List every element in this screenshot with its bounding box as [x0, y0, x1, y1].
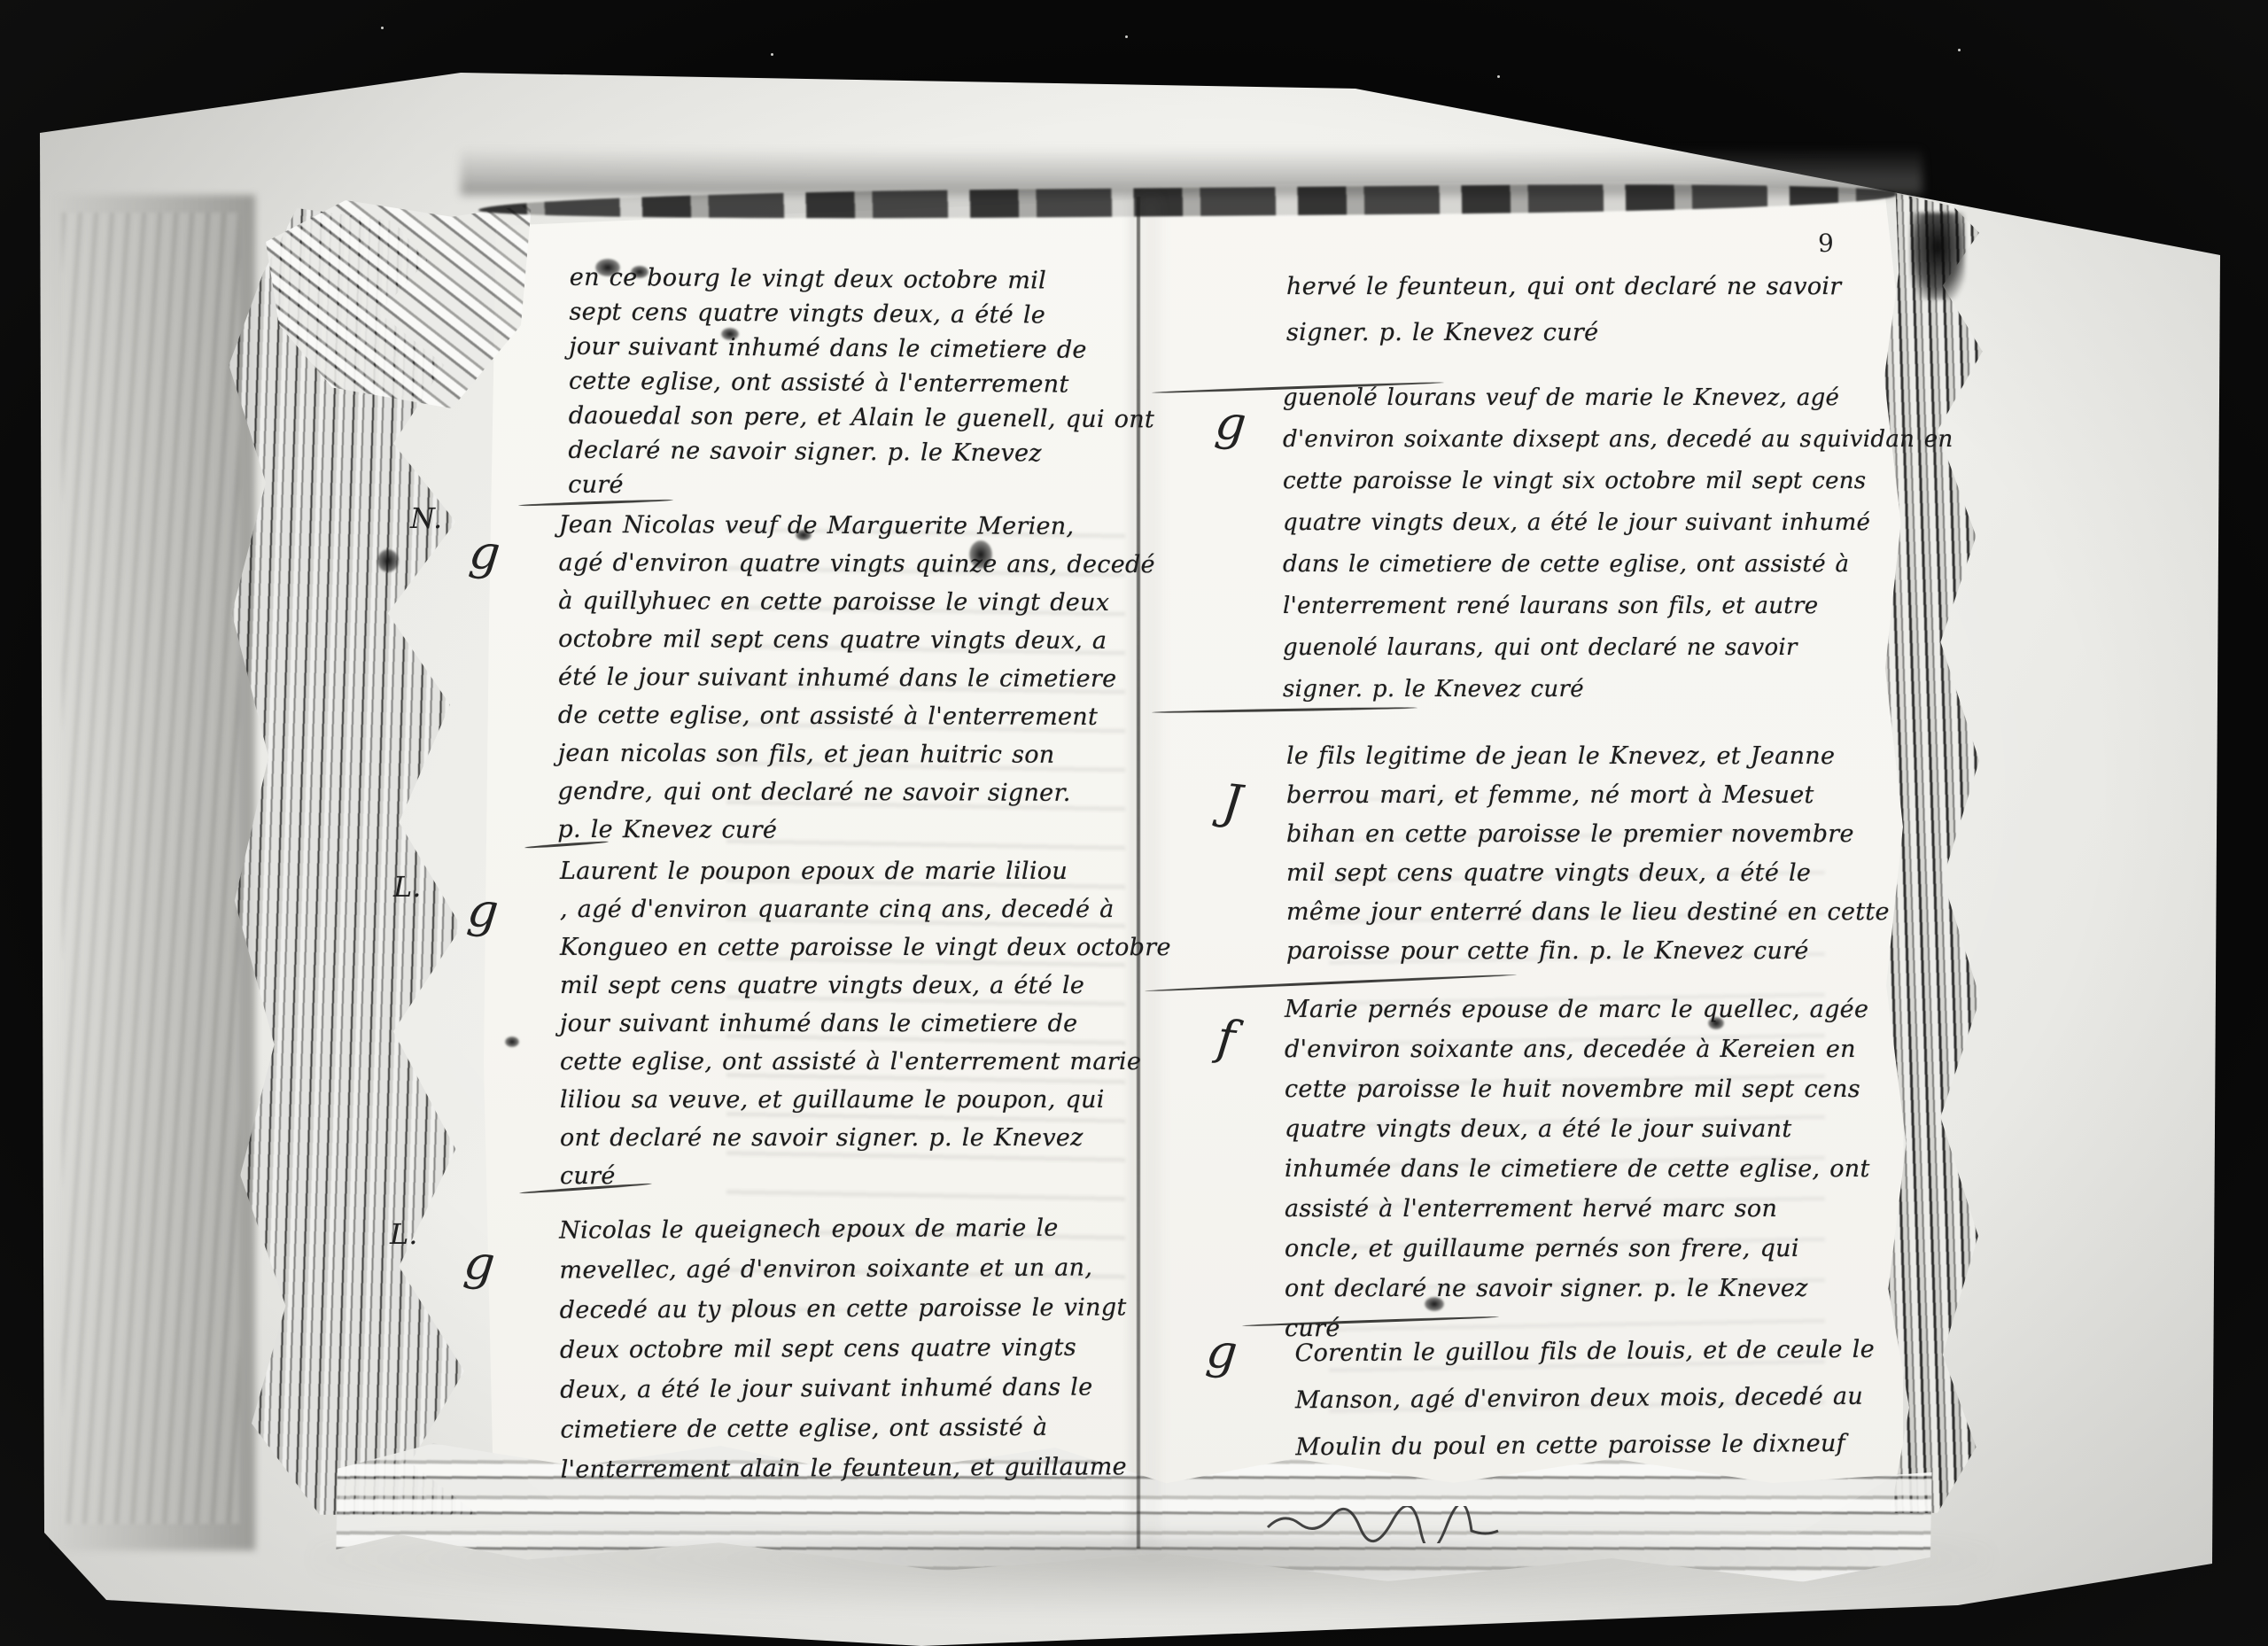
text-line: mil sept cens quatre vingts deux, a été … [560, 972, 1171, 1010]
margin-mark: g [1213, 393, 1249, 452]
ink-blot [1708, 1017, 1724, 1029]
text-line: curé [560, 1162, 1171, 1200]
paragraph-mark: g [462, 1233, 498, 1292]
text-line: même jour enterré dans le lieu destiné e… [1286, 898, 1890, 937]
ink-blot [595, 259, 620, 276]
margin-letter: L. [393, 870, 421, 904]
ink-blot [969, 540, 992, 569]
text-line: gendre, qui ont declaré ne savoir signer… [557, 778, 1154, 818]
dust-speck [1497, 75, 1500, 78]
text-line: Marie pernés epouse de marc le quellec, … [1285, 996, 1870, 1036]
text-line: curé [568, 471, 1154, 510]
text-line: d'environ soixante dixsept ans, decedé a… [1283, 426, 1953, 468]
text-line: de cette eglise, ont assisté à l'enterre… [558, 702, 1155, 741]
text-line: agé d'environ quatre vingts quinze ans, … [558, 549, 1155, 589]
text-line: berrou mari, et femme, né mort à Mesuet [1286, 781, 1890, 820]
text-line: inhumée dans le cimetiere de cette eglis… [1285, 1155, 1870, 1195]
text-line: cette eglise, ont assisté à l'enterremen… [560, 1048, 1171, 1086]
text-line: liliou sa veuve, et guillaume le poupon,… [560, 1086, 1171, 1124]
dust-speck [1125, 35, 1128, 38]
burial-record: guenolé lourans veuf de marie le Knevez,… [1283, 384, 1953, 718]
text-line: p. le Knevez curé [557, 816, 1154, 856]
text-line: été le jour suivant inhumé dans le cimet… [558, 664, 1155, 703]
book-bottom-shadow [310, 1534, 1993, 1616]
text-line: mil sept cens quatre vingts deux, a été … [1286, 859, 1890, 898]
ink-blot [631, 266, 649, 278]
text-line: jean nicolas son fils, et jean huitric s… [558, 740, 1155, 780]
text-line: quatre vingts deux, a été le jour suivan… [1283, 509, 1953, 551]
text-line: Corentin le guillou fils de louis, et de… [1294, 1336, 1875, 1387]
text-line: Jean Nicolas veuf de Marguerite Merien, [559, 511, 1156, 551]
ink-blot [1425, 1297, 1444, 1311]
burial-record: le fils legitime de jean le Knevez, et J… [1286, 742, 1890, 976]
text-line: jour suivant inhumé dans le cimetiere de [560, 1010, 1171, 1048]
ink-blot [721, 328, 739, 340]
text-line: d'environ soixante ans, decedée à Kereie… [1285, 1036, 1870, 1075]
text-line: Moulin du poul en cette paroisse le dixn… [1295, 1430, 1876, 1481]
text-line: guenolé laurans, qui ont declaré ne savo… [1283, 634, 1953, 676]
text-line: signer. p. le Knevez curé [1286, 319, 1842, 365]
text-line: quatre vingts deux, a été le jour suivan… [1285, 1115, 1870, 1155]
microfilm-frame: 9 N. L. L. g g g g J f g en ce bourg le … [0, 0, 2268, 1646]
text-line: , agé d'environ quarante cinq ans, deced… [560, 896, 1171, 934]
backing-streak-texture [62, 213, 239, 1524]
ink-blot [377, 549, 399, 572]
text-line: paroisse pour cette fin. p. le Knevez cu… [1286, 937, 1890, 976]
paragraph-mark: g [465, 881, 501, 939]
burial-record: Nicolas le queignech epoux de marie leme… [559, 1214, 1127, 1495]
text-line: ont declaré ne savoir signer. p. le Knev… [560, 1124, 1171, 1162]
text-line: à quillyhuec en cette paroisse le vingt … [558, 587, 1155, 627]
text-line: cette paroisse le vingt six octobre mil … [1283, 468, 1953, 509]
dust-speck [771, 53, 773, 56]
text-line: ont declaré ne savoir signer. p. le Knev… [1285, 1275, 1870, 1315]
burial-record: Laurent le poupon epoux de marie liliou,… [560, 858, 1171, 1200]
text-line: l'enterrement alain le feunteun, et guil… [561, 1453, 1128, 1495]
margin-letter: L. [390, 1217, 417, 1251]
dust-speck [381, 27, 384, 29]
text-line: octobre mil sept cens quatre vingts deux… [558, 625, 1155, 665]
text-line: daouedal son pere, et Alain le guenell, … [569, 402, 1155, 441]
text-line: Laurent le poupon epoux de marie liliou [560, 858, 1171, 896]
text-line: deux, a été le jour suivant inhumé dans … [560, 1373, 1127, 1416]
margin-letter: N. [410, 501, 442, 535]
text-line: le fils legitime de jean le Knevez, et J… [1286, 742, 1890, 781]
text-line: signer. p. le Knevez curé [1283, 676, 1953, 718]
text-line: jour suivant inhumé dans le cimetiere de [569, 333, 1155, 372]
text-line: mevellec, agé d'environ soixante et un a… [559, 1254, 1126, 1296]
dust-speck [1958, 49, 1961, 51]
text-line: l'enterrement rené laurans son fils, et … [1283, 593, 1953, 634]
text-line: en ce bourg le vingt deux octobre mil [570, 264, 1156, 303]
burial-record: Jean Nicolas veuf de Marguerite Merien,a… [557, 511, 1155, 856]
text-line: cimetiere de cette eglise, ont assisté à [560, 1413, 1127, 1456]
burial-record: Marie pernés epouse de marc le quellec, … [1285, 996, 1870, 1355]
margin-mark: g [1204, 1322, 1240, 1380]
text-line: guenolé lourans veuf de marie le Knevez,… [1283, 384, 1953, 426]
text-line: Kongueo en cette paroisse le vingt deux … [560, 934, 1171, 972]
text-line: sept cens quatre vingts deux, a été le [569, 299, 1155, 338]
top-right-dark-blot [1910, 213, 1965, 299]
text-line: Manson, agé d'environ deux mois, decedé … [1295, 1383, 1876, 1434]
ink-blot [796, 530, 812, 540]
text-line: dans le cimetiere de cette eglise, ont a… [1283, 551, 1953, 593]
text-line: decedé au ty plous en cette paroisse le … [560, 1293, 1127, 1336]
text-line: oncle, et guillaume pernés son frere, qu… [1285, 1235, 1870, 1275]
text-line: bihan en cette paroisse le premier novem… [1286, 820, 1890, 859]
text-line: deux octobre mil sept cens quatre vingts [560, 1333, 1127, 1376]
text-line: declaré ne savoir signer. p. le Knevez [568, 437, 1154, 476]
text-line: Nicolas le queignech epoux de marie le [559, 1214, 1126, 1256]
text-line: hervé le feunteun, qui ont declaré ne sa… [1286, 273, 1842, 319]
burial-record: en ce bourg le vingt deux octobre milsep… [568, 264, 1155, 510]
ink-blot [505, 1037, 519, 1047]
text-line: cette eglise, ont assisté à l'enterremen… [569, 368, 1155, 407]
burial-record: Corentin le guillou fils de louis, et de… [1294, 1336, 1875, 1481]
page-number: 9 [1818, 229, 1834, 258]
paragraph-mark: g [467, 523, 503, 581]
text-line: cette paroisse le huit novembre mil sept… [1285, 1075, 1870, 1115]
squiggle-mark [1262, 1506, 1564, 1543]
burial-record: hervé le feunteun, qui ont declaré ne sa… [1286, 273, 1842, 365]
text-line: assisté à l'enterrement hervé marc son [1285, 1195, 1870, 1235]
